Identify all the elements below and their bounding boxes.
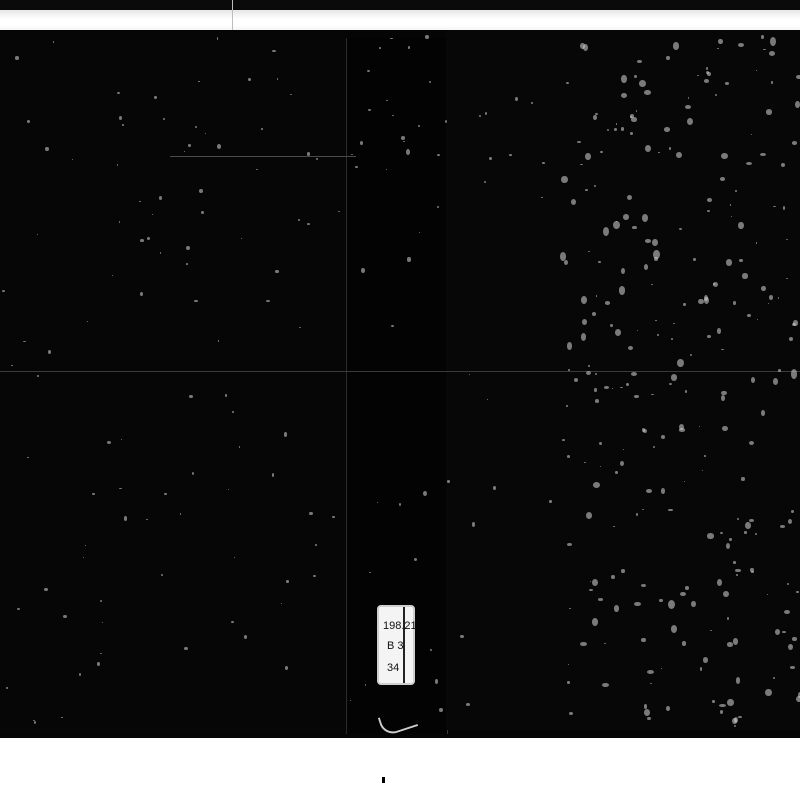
wear-speck [586,512,592,519]
wear-speck [386,100,387,101]
wear-speck [621,569,625,573]
wear-speck [365,684,366,686]
wear-speck [355,166,357,168]
wear-speck [430,649,432,651]
wear-speck [782,631,786,633]
wear-speck [379,47,381,49]
wear-speck [775,629,780,635]
wear-speck [568,369,570,371]
wear-speck [228,489,229,490]
right-board [446,30,800,730]
wear-speck [733,561,736,563]
wear-speck [668,509,673,511]
wear-speck [644,264,648,270]
wear-speck [630,132,633,135]
wear-speck [636,513,638,515]
wear-speck [309,512,313,515]
wear-speck [592,618,598,626]
wear-speck [566,82,569,84]
wear-speck [37,375,39,377]
wear-speck [194,300,198,302]
wear-speck [755,533,757,535]
wear-speck [598,261,600,262]
wear-speck [139,201,140,202]
wear-speck [698,299,704,304]
wear-speck [605,301,610,305]
wear-speck [588,365,589,367]
wear-speck [406,149,410,155]
wear-speck [600,151,603,154]
wear-speck [746,162,752,165]
wear-speck [773,677,775,679]
wear-speck [225,394,227,396]
wear-speck [723,591,729,597]
wear-speck [542,162,545,164]
wear-speck [771,81,773,83]
wear-speck [154,96,157,98]
wear-speck [661,668,662,669]
wear-speck [738,222,744,230]
scan-mark [382,777,385,783]
wear-speck [613,526,614,527]
wear-speck [741,477,744,481]
wear-speck [15,56,18,60]
wear-speck [332,516,334,518]
wear-speck [707,198,712,202]
wear-speck [673,42,679,49]
wear-speck [652,239,658,246]
wear-speck [632,226,637,229]
wear-speck [107,441,111,444]
wear-speck [472,522,475,527]
wear-speck [425,35,429,39]
wear-speck [704,297,709,304]
wear-speck [704,455,706,456]
wear-speck [744,531,748,534]
wear-speck [729,538,732,540]
wear-speck [737,518,739,520]
wear-speck [644,90,651,95]
wear-speck [669,147,671,149]
wear-speck [33,720,34,721]
wear-speck [361,268,365,273]
wear-speck [621,93,627,98]
wear-speck [770,37,776,46]
wear-speck [671,374,677,380]
wear-speck [27,120,30,123]
wear-speck [447,480,449,483]
wear-speck [685,390,687,393]
wear-speck [742,273,747,279]
wear-speck [647,670,654,674]
wear-speck [735,569,741,573]
call-number-line-1: 198.21 [383,621,417,632]
wear-speck [586,371,591,375]
wear-speck [218,340,220,341]
wear-speck [241,238,242,239]
wear-speck [232,411,234,413]
wear-speck [733,301,736,305]
wear-speck [567,342,572,349]
wear-speck [793,320,798,325]
wear-speck [621,268,625,274]
wear-speck [683,303,685,305]
wear-speck [599,442,602,445]
wear-speck [44,588,47,591]
wear-speck [756,70,757,71]
wear-speck [286,580,288,583]
call-number-line-2: B 3 [387,641,404,652]
wear-speck [739,259,743,261]
wear-speck [726,259,733,266]
wear-speck [146,519,147,520]
scratch-line [170,156,356,157]
wear-speck [788,519,792,524]
wear-speck [186,263,187,265]
wear-speck [765,689,771,696]
wear-speck [45,147,48,151]
wear-speck [738,43,744,47]
wear-speck [717,328,721,333]
call-number-line-3: 34 [387,663,399,674]
wear-speck [688,97,689,99]
wear-speck [682,641,687,645]
wear-speck [460,635,464,638]
wear-speck [712,700,714,703]
wear-speck [751,571,754,573]
wear-speck [577,141,581,143]
wear-speck [666,56,670,61]
wear-speck [595,399,600,403]
wear-speck [616,221,617,222]
wear-speck [163,118,165,120]
wear-speck [489,157,492,160]
wear-speck [621,127,624,130]
wear-speck [188,144,191,147]
wear-speck [725,82,729,84]
wear-speck [401,136,405,140]
wear-speck [584,462,585,463]
wear-speck [623,214,629,220]
wear-speck [567,455,570,458]
wear-speck [581,333,586,340]
wear-speck [248,78,251,81]
wear-speck [691,601,695,607]
wear-speck [693,258,696,260]
wear-speck [593,482,600,488]
wear-speck [614,128,617,131]
wear-speck [611,575,615,580]
wear-speck [661,488,665,494]
wear-speck [466,703,470,706]
wear-speck [697,75,699,76]
wear-speck [766,109,772,114]
wear-speck [568,664,569,665]
wear-speck [595,373,597,375]
wear-speck [580,164,583,165]
wear-speck [594,388,597,392]
wear-speck [119,116,122,120]
wear-speck [634,395,638,398]
wear-speck [234,557,235,558]
label-string-strip [403,607,405,683]
wear-speck [350,700,351,702]
call-number-label: 198.21 B 3 34 [377,605,415,685]
wear-speck [266,300,270,302]
wear-speck [773,378,778,385]
wear-speck [272,50,276,52]
wear-speck [604,643,606,644]
wear-speck [707,72,711,76]
wear-speck [307,152,310,156]
wear-speck [580,43,584,49]
wear-speck [738,716,742,718]
wear-speck [727,699,733,706]
wear-speck [721,395,725,401]
wear-speck [6,687,8,689]
wear-speck [719,704,725,707]
wear-speck [284,432,287,437]
wear-speck [2,290,5,292]
wear-speck [787,583,789,585]
left-board [0,32,346,734]
wear-speck [368,109,370,111]
wear-speck [720,177,725,181]
wear-speck [147,237,150,240]
wear-speck [646,489,652,493]
wear-speck [641,638,645,643]
wear-speck [713,282,718,287]
wear-speck [485,112,487,114]
wear-speck [718,39,722,45]
wear-speck [408,46,410,49]
wear-speck [749,519,755,522]
wear-speck [726,543,730,549]
wear-speck [760,153,766,156]
wear-speck [761,35,764,38]
wear-speck [651,394,653,395]
wear-speck [795,101,800,108]
wear-speck [585,153,591,160]
wear-speck [736,574,738,577]
wear-speck [63,615,67,618]
wear-speck [707,533,713,539]
wear-speck [619,286,626,295]
wear-speck [626,383,629,386]
wear-speck [369,572,370,573]
wear-speck [621,75,627,83]
wear-speck [727,642,732,646]
wear-speck [367,70,370,72]
wear-speck [796,696,800,702]
wear-speck [48,350,51,354]
wear-speck [721,349,723,350]
wear-speck [639,80,646,87]
wear-speck [620,461,624,466]
wear-speck [360,141,363,145]
wear-speck [23,341,26,342]
wear-speck [703,657,708,662]
wear-speck [788,644,793,650]
wear-speck [610,324,613,327]
wear-speck [734,717,738,723]
wear-speck [676,152,682,159]
wear-speck [710,630,712,631]
wear-speck [391,325,393,327]
wear-speck [11,365,12,367]
wear-speck [582,319,587,325]
wear-speck [690,354,692,356]
wear-speck [778,369,781,372]
wear-speck [298,219,300,221]
wear-speck [600,466,602,467]
top-margin [0,10,800,32]
wear-speck [745,522,751,530]
wear-speck [272,473,275,476]
wear-speck [796,75,800,79]
wear-speck [164,493,166,496]
wear-speck [680,592,686,596]
wear-speck [643,429,647,433]
wear-speck [201,211,204,214]
wear-speck [767,594,768,595]
wear-speck [631,117,636,121]
wear-speck [589,589,593,591]
wear-speck [419,232,420,233]
wear-speck [515,97,518,101]
wear-speck [435,679,438,684]
wear-speck [783,206,785,210]
wear-speck [313,575,316,577]
wear-speck [315,544,317,547]
wear-speck [414,558,417,561]
wear-speck [645,239,651,243]
wear-speck [531,102,533,104]
wear-speck [186,246,190,250]
wear-speck [768,303,769,304]
wear-speck [637,60,642,63]
wear-speck [277,78,278,79]
wear-speck [685,586,689,590]
wear-speck [256,169,258,170]
wear-speck [654,257,658,261]
wear-speck [407,257,410,261]
wear-speck [140,239,143,242]
wear-speck [666,706,670,711]
wear-speck [684,481,685,482]
wear-speck [231,621,234,623]
wear-speck [124,516,127,520]
wear-speck [780,525,785,528]
wear-speck [727,617,730,620]
wear-speck [217,144,221,149]
wear-speck [658,152,659,154]
wear-speck [574,378,578,382]
fold-line [0,371,800,372]
wear-speck [613,221,620,229]
